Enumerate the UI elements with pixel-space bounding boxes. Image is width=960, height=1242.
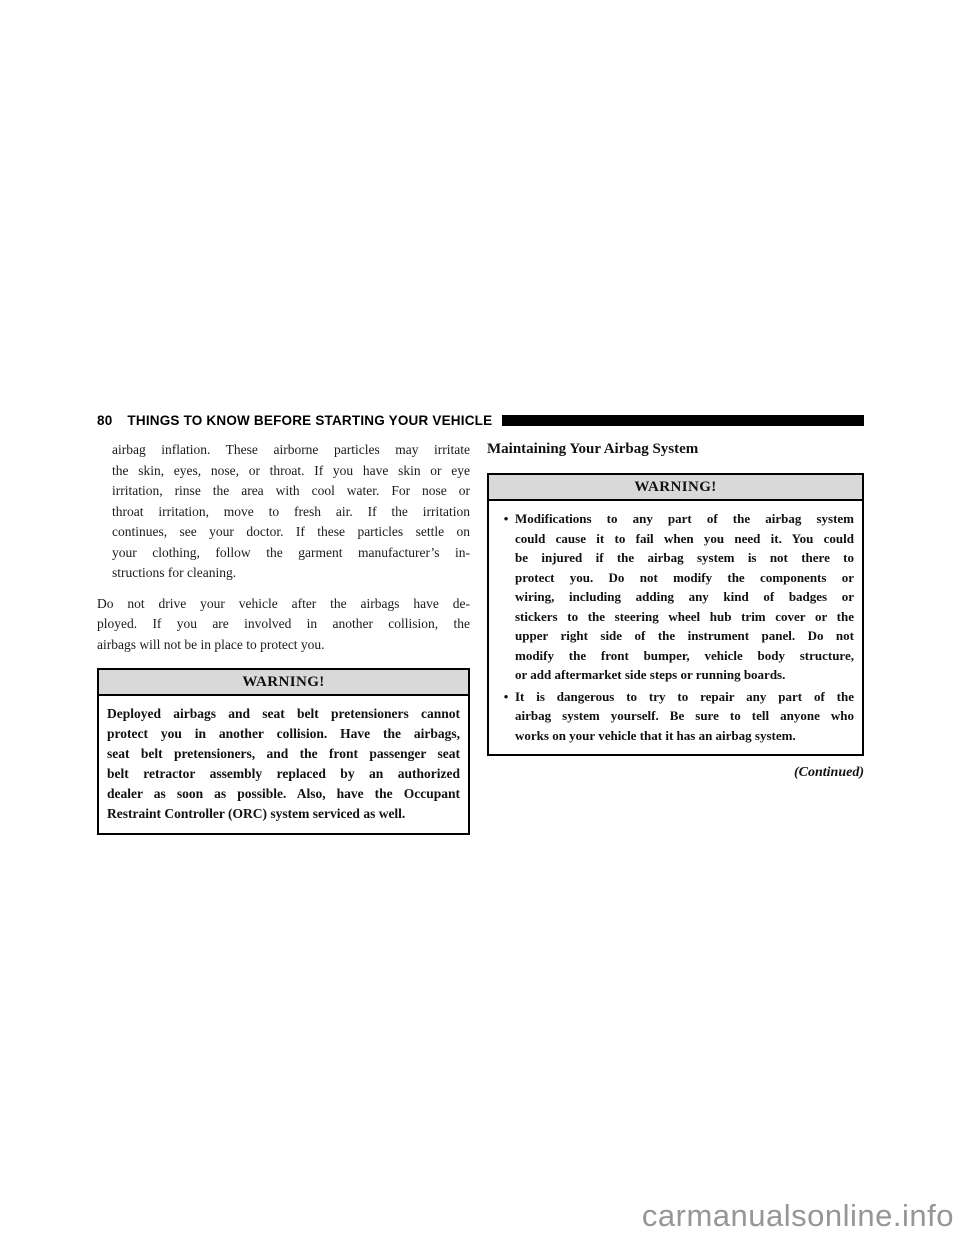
text-line: Deployed airbags and seat belt pretensio… [107, 704, 460, 724]
warning-text: Deployed airbags and seat belt pretensio… [107, 704, 460, 824]
warning-bullet-item: • It is dangerous to try to repair any p… [497, 687, 854, 746]
text-line: Restraint Controller (ORC) system servic… [107, 804, 460, 824]
warning-bullet-item: • Modifications to any part of the airba… [497, 509, 854, 685]
bullet-marker-icon: • [497, 509, 515, 529]
continued-note: (Continued) [487, 765, 864, 781]
text-line: wiring, including adding any kind of bad… [515, 587, 854, 607]
text-line: seat belt pretensioners, and the front p… [107, 744, 460, 764]
text-line: airbags will not be in place to protect … [97, 635, 470, 656]
text-line: be injured if the airbag system is not t… [515, 548, 854, 568]
text-line: the skin, eyes, nose, or throat. If you … [112, 461, 470, 482]
text-line: belt retractor assembly replaced by an a… [107, 764, 460, 784]
text-line: structions for cleaning. [112, 563, 470, 584]
text-line: Do not drive your vehicle after the airb… [97, 594, 470, 615]
paragraph-do-not-drive: Do not drive your vehicle after the airb… [97, 594, 470, 656]
page-number: 80 [97, 413, 112, 428]
text-line: airbag inflation. These airborne particl… [112, 440, 470, 461]
text-line: protect you in another collision. Have t… [107, 724, 460, 744]
section-title: THINGS TO KNOW BEFORE STARTING YOUR VEHI… [127, 413, 492, 428]
warning-box-title: WARNING! [99, 670, 468, 696]
warning-bullet-text: It is dangerous to try to repair any par… [515, 687, 854, 746]
manual-page: 80 THINGS TO KNOW BEFORE STARTING YOUR V… [0, 0, 960, 1242]
page-header: 80 THINGS TO KNOW BEFORE STARTING YOUR V… [97, 413, 864, 428]
text-line: or add aftermarket side steps or running… [515, 665, 854, 685]
text-line: stickers to the steering wheel hub trim … [515, 607, 854, 627]
paragraph-airbag-inflation: airbag inflation. These airborne particl… [97, 440, 470, 584]
warning-box-title: WARNING! [489, 475, 862, 501]
text-line: throat irritation, move to fresh air. If… [112, 502, 470, 523]
warning-box-body: • Modifications to any part of the airba… [489, 501, 862, 754]
heading-maintaining-airbag-system: Maintaining Your Airbag System [487, 440, 864, 458]
warning-box-deployed-airbags: WARNING! Deployed airbags and seat belt … [97, 668, 470, 835]
text-line: upper right side of the instrument panel… [515, 626, 854, 646]
text-line: continues, see your doctor. If these par… [112, 522, 470, 543]
text-line: works on your vehicle that it has an air… [515, 726, 854, 746]
text-line: airbag system yourself. Be sure to tell … [515, 706, 854, 726]
warning-bullet-text: Modifications to any part of the airbag … [515, 509, 854, 685]
text-line: Modifications to any part of the airbag … [515, 509, 854, 529]
text-line: modify the front bumper, vehicle body st… [515, 646, 854, 666]
text-line: irritation, rinse the area with cool wat… [112, 481, 470, 502]
text-line: It is dangerous to try to repair any par… [515, 687, 854, 707]
header-rule-bar [502, 415, 864, 426]
text-line: dealer as soon as possible. Also, have t… [107, 784, 460, 804]
left-column: airbag inflation. These airborne particl… [97, 440, 470, 835]
text-line: ployed. If you are involved in another c… [97, 614, 470, 635]
watermark-carmanualsonline: carmanualsonline.info [642, 1198, 954, 1234]
bullet-marker-icon: • [497, 687, 515, 707]
warning-box-body: Deployed airbags and seat belt pretensio… [99, 696, 468, 833]
text-line: your clothing, follow the garment manufa… [112, 543, 470, 564]
right-column: Maintaining Your Airbag System WARNING! … [487, 440, 864, 781]
text-line: protect you. Do not modify the component… [515, 568, 854, 588]
text-line: could cause it to fail when you need it.… [515, 529, 854, 549]
warning-box-modifications: WARNING! • Modifications to any part of … [487, 473, 864, 756]
